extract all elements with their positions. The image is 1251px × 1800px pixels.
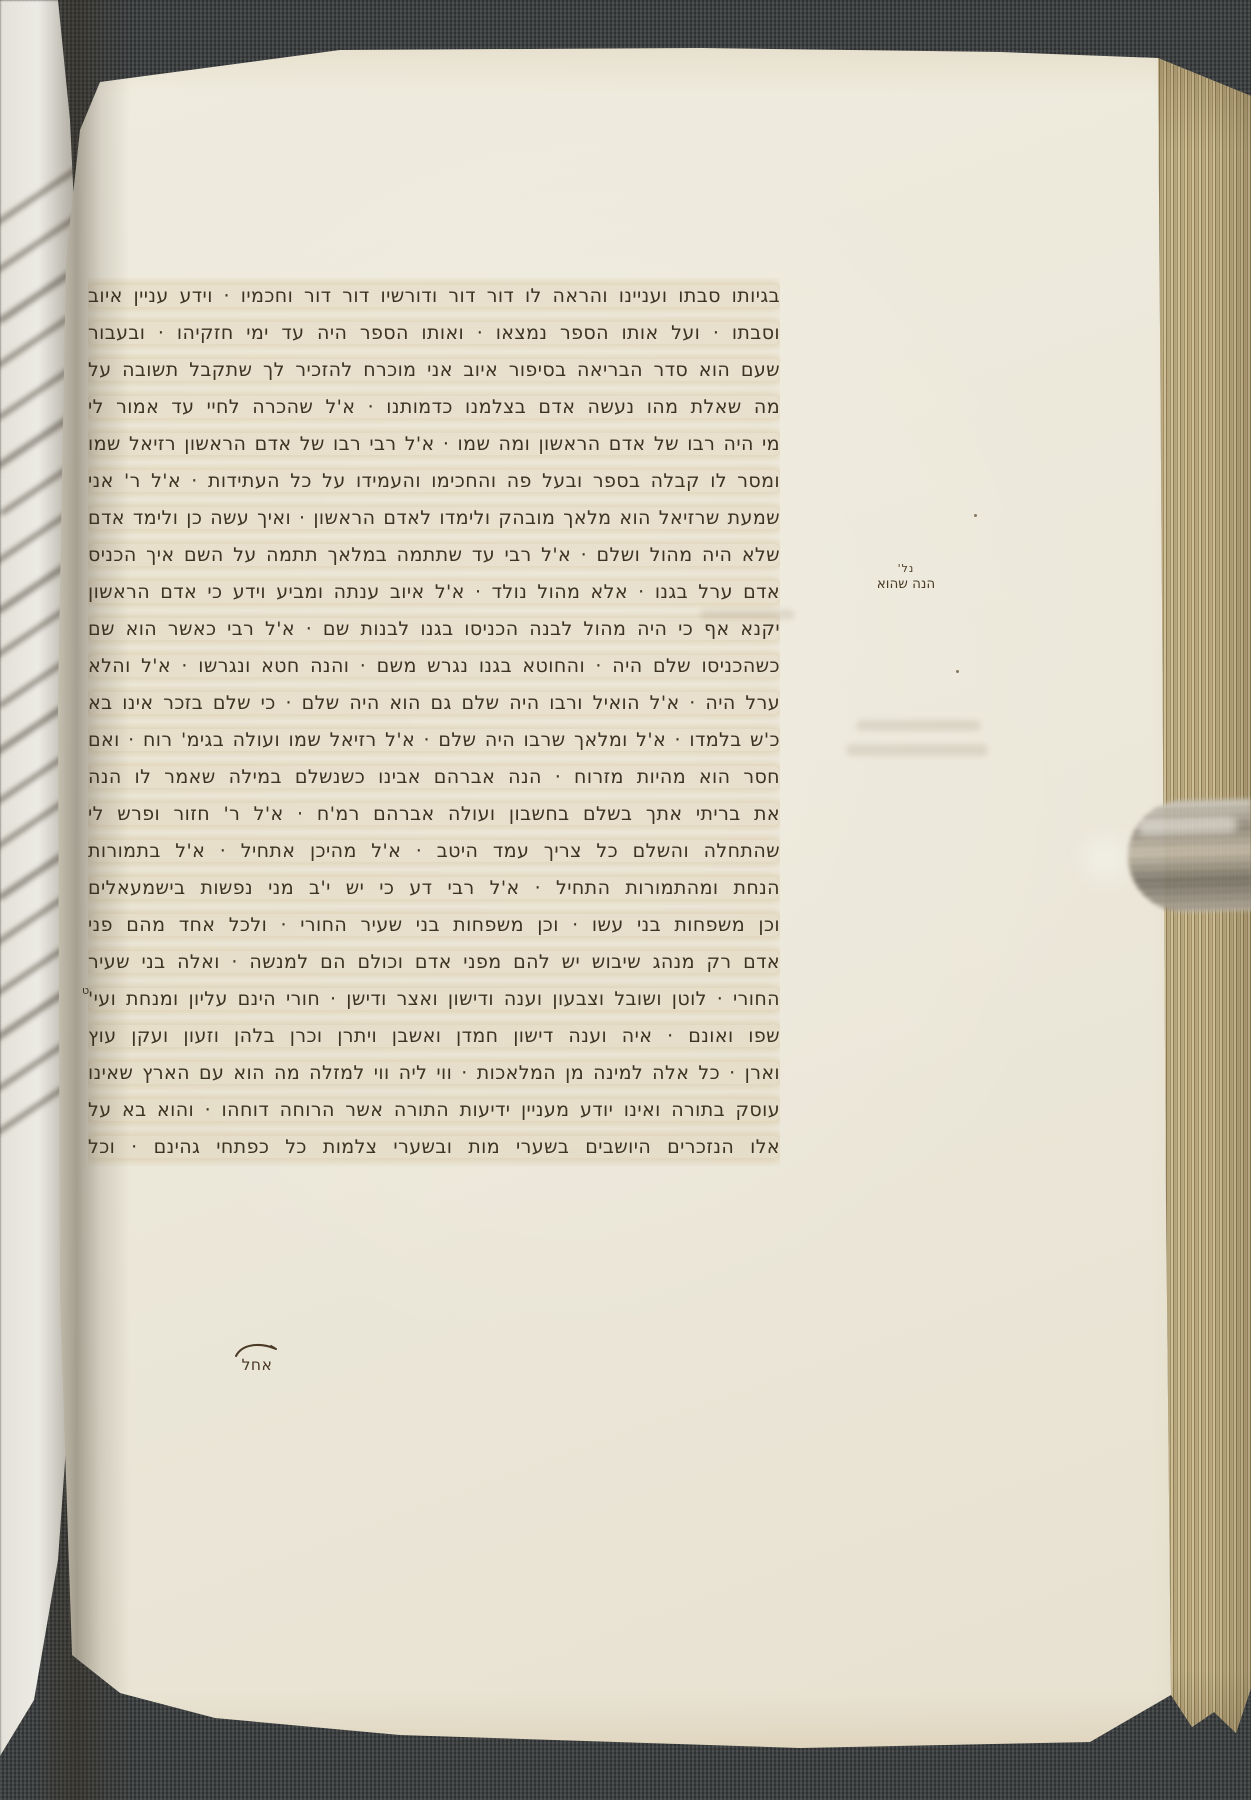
showthrough-smudge <box>856 720 981 731</box>
text-line: שפו ואונם · איה וענה דישון חמדן ואשבן וי… <box>88 1025 780 1047</box>
text-line: שהתחלה והשלם כל צריך עמד היטב · א'ל מהיכ… <box>88 840 780 862</box>
superscript-correction-mark: ט <box>82 984 89 997</box>
text-line: שמעת שרזיאל הוא מלאך מובהק ולימדו לאדם ה… <box>88 507 780 529</box>
text-line: וכן משפחות בני עשו · וכן משפחות בני שעיר… <box>88 914 780 936</box>
showthrough-smudge <box>700 610 795 619</box>
text-line: מה שאלת מהו נעשה אדם בצלמנו כדמותנו · א'… <box>88 396 780 418</box>
text-line: כשהכניסו שלם היה · והחוטא בגנו נגרש משם … <box>88 655 780 677</box>
manuscript-page: בגיותו סבתו ועניינו והראה לו דור דור ודו… <box>0 0 1251 1800</box>
text-line: אדם ערל בגנו · אלא מהול נולד · א'ל איוב … <box>88 581 780 603</box>
scene-background: בגיותו סבתו ועניינו והראה לו דור דור ודו… <box>0 0 1251 1800</box>
catchword-label: אחל <box>220 1356 294 1374</box>
text-line: אלו הנזכרים היושבים בשערי מות ובשערי צלמ… <box>88 1136 780 1158</box>
text-line: וארן · כל אלה למינה מן המלאכות · ווי ליה… <box>88 1062 780 1084</box>
text-line: ערל היה · א'ל הואיל ורבו היה שלם גם הוא … <box>88 692 780 714</box>
text-line: וסבתו · ועל אותו הספר נמצאו · ואותו הספר… <box>88 322 780 344</box>
text-line: את בריתי אתך בשלם בחשבון ועולה אברהם רמ'… <box>88 803 780 825</box>
glass-weight-highlight <box>1137 817 1237 836</box>
ink-speck <box>956 670 959 673</box>
marginal-note: נל' הנה שהוא <box>858 562 954 593</box>
text-line: החורי · לוטן ושובל וצבעון וענה ודישון וא… <box>88 988 780 1010</box>
text-line: שלא היה מהול ושלם · א'ל רבי עד שתתמה במל… <box>88 544 780 566</box>
text-line: הנחת ומהתמורות התחיל · א'ל רבי דע כי יש … <box>88 877 780 899</box>
catchword: אחל <box>220 1340 294 1374</box>
marginal-note-text: הנה שהוא <box>858 575 954 593</box>
text-line: אדם רק מנהג שיבוש יש להם מפני אדם וכולם … <box>88 951 780 973</box>
text-line: בגיותו סבתו ועניינו והראה לו דור דור ודו… <box>88 285 780 307</box>
showthrough-smudge <box>846 744 988 756</box>
text-line: חסר הוא מהיות מזרוח · הנה אברהם אבינו כש… <box>88 766 780 788</box>
glass-weight <box>1127 798 1251 913</box>
ink-speck <box>974 514 977 517</box>
text-line: מי היה רבו של אדם הראשון ומה שמו · א'ל ר… <box>88 433 780 455</box>
text-block: בגיותו סבתו ועניינו והראה לו דור דור ודו… <box>88 278 780 1178</box>
text-line: שעם הוא סדר הבריאה בסיפור איוב אני מוכרח… <box>88 359 780 381</box>
text-line: יקנא אף כי היה מהול לבנה הכניסו בגנו לבנ… <box>88 618 780 640</box>
text-line: עוסק בתורה ואינו יודע מעניין ידיעות התור… <box>88 1099 780 1121</box>
text-line: כ'ש בלמדו · א'ל ומלאך שרבו היה שלם · א'ל… <box>88 729 780 751</box>
text-line: ומסר לו קבלה בספר ובעל פה והחכימו והעמיד… <box>88 470 780 492</box>
marginal-note-abbreviation: נל' <box>858 562 954 575</box>
